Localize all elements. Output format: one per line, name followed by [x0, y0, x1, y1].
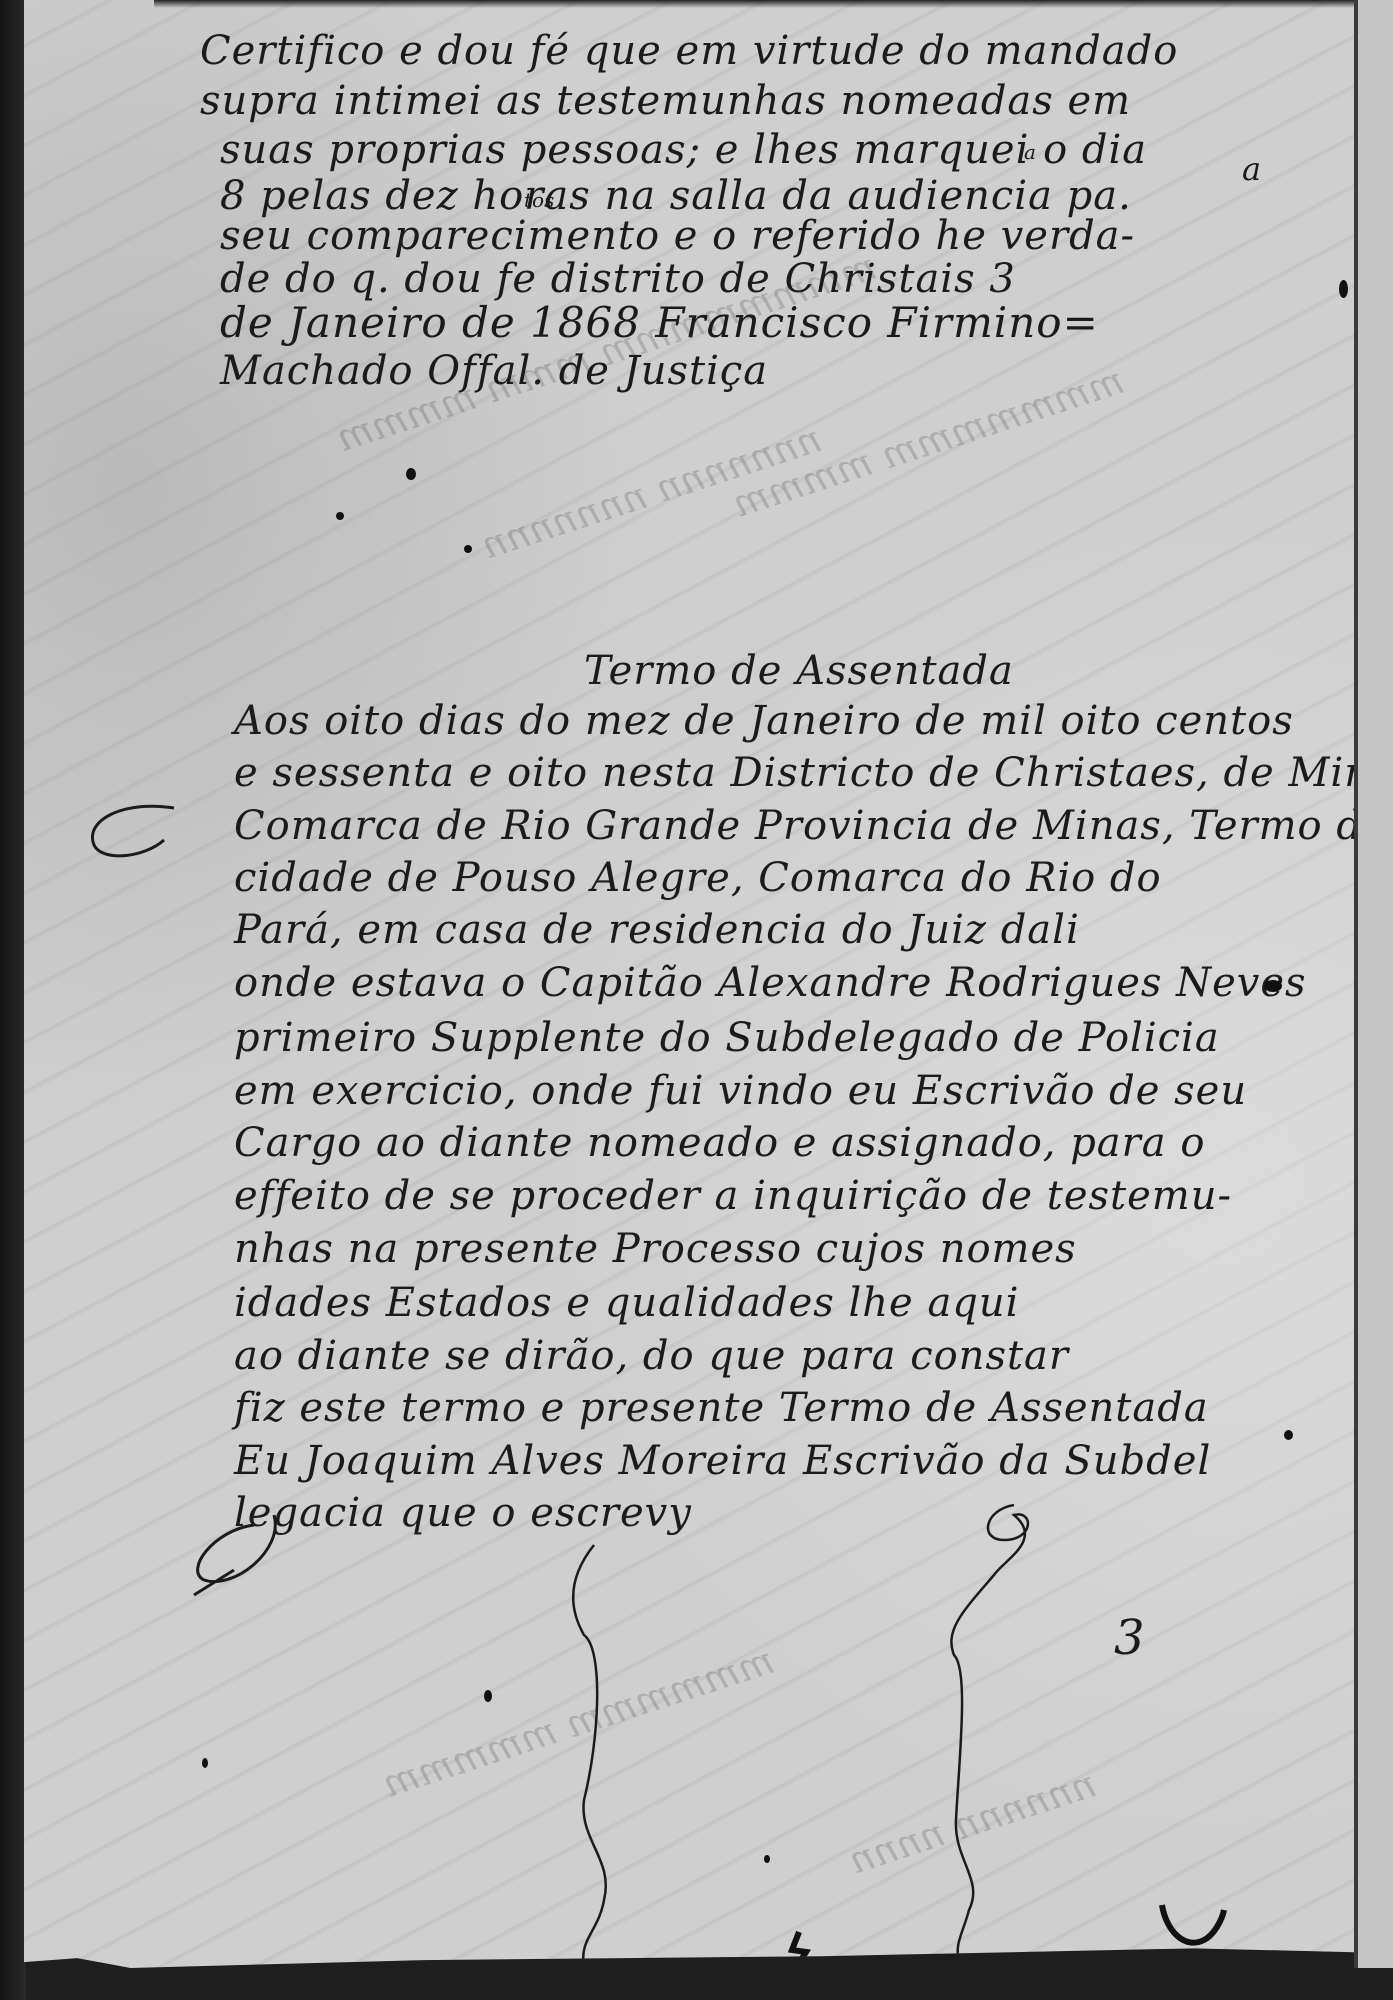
manuscript-page: mmmmmmmm mmm mmmm nnnnnnn nnnnnnn mmmmmm…: [24, 0, 1354, 1968]
ink-blot-bottom-center: [784, 1930, 814, 1970]
right-margin-mark: 3: [1114, 1610, 1145, 1666]
adjacent-page-edge: [1354, 0, 1393, 2000]
termo-line: idades Estados e qualidades lhe aqui: [234, 1280, 1019, 1326]
termo-line: onde estava o Capitão Alexandre Rodrigue…: [234, 960, 1307, 1006]
ink-speck: [1264, 980, 1282, 992]
termo-line: em exercicio, onde fui vindo eu Escrivão…: [234, 1068, 1247, 1114]
termo-line: Aos oito dias do mez de Janeiro de mil o…: [234, 698, 1294, 744]
termo-line: e sessenta e oito nesta Districto de Chr…: [234, 750, 1393, 796]
signature-flourish-left: [174, 1510, 294, 1600]
scan-bottom-edge: [1354, 1968, 1393, 2000]
ink-speck: [1339, 280, 1348, 298]
margin-bracket-flourish: [64, 800, 184, 880]
termo-line: cidade de Pouso Alegre, Comarca do Rio d…: [234, 855, 1162, 901]
termo-closing-line: legacia que o escrevy: [234, 1490, 692, 1536]
ink-speck: [484, 1690, 492, 1702]
ink-speck: [336, 512, 344, 520]
termo-line: ao diante se dirão, do que para constar: [234, 1333, 1069, 1379]
ink-blot-bottom-right: [1154, 1900, 1234, 1960]
section-heading: Termo de Assentada: [584, 648, 1014, 694]
termo-line: primeiro Supplente do Subdelegado de Pol…: [234, 1015, 1220, 1061]
signature-rubric-right: [884, 1500, 1064, 1970]
termo-line: fiz este termo e presente Termo de Assen…: [234, 1385, 1209, 1431]
ink-speck: [464, 545, 472, 553]
termo-de-assentada-section: Termo de Assentada Aos oito dias do mez …: [24, 0, 1354, 1968]
termo-line: Cargo ao diante nomeado e assignado, par…: [234, 1120, 1205, 1166]
termo-line: Comarca de Rio Grande Provincia de Minas…: [234, 803, 1388, 849]
signature-rubric-middle: [524, 1540, 664, 1970]
termo-line: Pará, em casa de residencia do Juiz dali: [234, 907, 1080, 953]
ink-speck: [764, 1855, 770, 1863]
ink-speck: [1284, 1430, 1293, 1440]
termo-line: nhas na presente Processo cujos nomes: [234, 1226, 1077, 1272]
termo-line: Eu Joaquim Alves Moreira Escrivão da Sub…: [234, 1438, 1211, 1484]
ink-speck: [202, 1758, 208, 1768]
scan-left-edge: [0, 0, 26, 2000]
termo-line: effeito de se proceder a inquirição de t…: [234, 1173, 1232, 1219]
ink-speck: [406, 468, 416, 480]
